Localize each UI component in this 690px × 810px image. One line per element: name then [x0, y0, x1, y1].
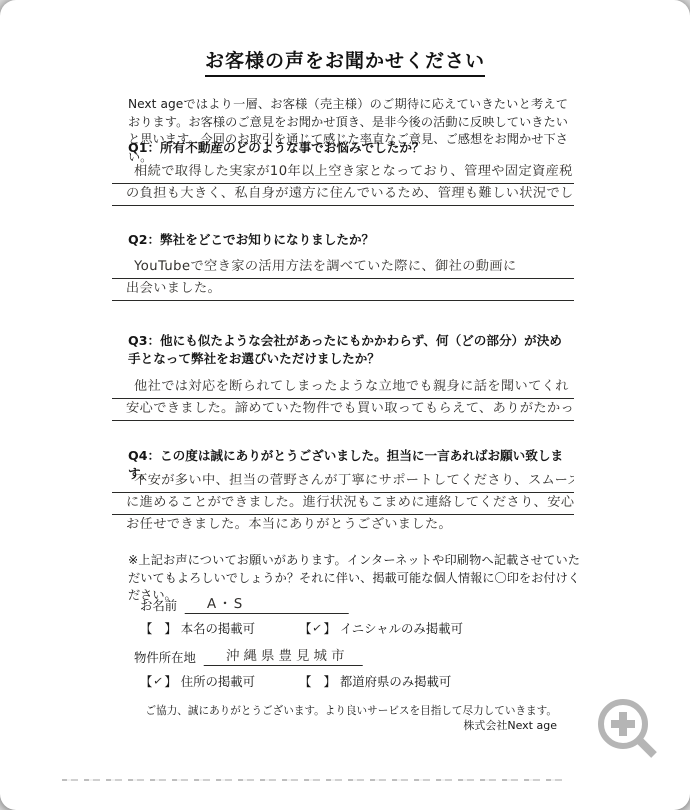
property-location-value: 沖縄県豊見城市: [204, 644, 363, 666]
consent-option-address: 【✓】 住所の掲載可: [140, 672, 255, 690]
answer-line: 相続で取得した実家が10年以上空き家となっており、管理や固定資産税: [134, 162, 573, 182]
footer: ご協力、誠にありがとうございます。より良いサービスを目指して尽力していきます。 …: [127, 704, 557, 733]
consent-row-name: 【】 本名の掲載可 【✓】 イニシャルのみ掲載可: [140, 619, 463, 637]
answer-line: に進めることができました。進行状況もこまめに連絡してくださり、安心して: [126, 493, 574, 513]
zoom-in-icon[interactable]: [594, 696, 666, 768]
bracket-open: 【: [299, 674, 311, 689]
question-1-answer: 相続で取得した実家が10年以上空き家となっており、管理や固定資産税 の負担も大き…: [112, 162, 574, 206]
document-card: お客様の声をお聞かせください Next ageではより一層、お客様（売主様）のご…: [0, 0, 690, 810]
question-3-answer: 他社では対応を断られてしまったような立地でも親身に話を聞いてくれ 安心できました…: [112, 377, 574, 421]
consent-option-prefecture: 【】 都道府県のみ掲載可: [299, 672, 451, 690]
consent-option-label: 本名の掲載可: [181, 621, 255, 636]
question-2-label: Q2：弊社をどこでお知りになりましたか？: [128, 231, 570, 249]
consent-option-initials: 【✓】 イニシャルのみ掲載可: [299, 619, 463, 637]
answer-line: YouTubeで空き家の活用方法を調べていた際に、御社の動画に: [134, 257, 517, 277]
checkmark: ✓: [152, 673, 166, 689]
answer-line: 安心できました。諦めていた物件でも買い取ってもらえて、ありがたかったです。: [126, 399, 574, 419]
bracket-close: 】: [164, 621, 176, 636]
question-3-label: Q3：他にも似たような会社があったにもかかわらず、何（どの部分）が決め手となって…: [128, 332, 570, 368]
question-4-answer: 不安が多い中、担当の菅野さんが丁寧にサポートしてくださり、スムーズ に進めること…: [112, 471, 574, 536]
footer-thanks: ご協力、誠にありがとうございます。より良いサービスを目指して尽力していきます。: [146, 705, 557, 717]
consent-option-real-name: 【】 本名の掲載可: [140, 619, 255, 637]
bracket-open: 【: [140, 621, 152, 636]
consent-option-label: 都道府県のみ掲載可: [340, 674, 452, 689]
answer-line: 不安が多い中、担当の菅野さんが丁寧にサポートしてくださり、スムーズ: [134, 471, 574, 491]
answer-line: の負担も大きく、私自身が遠方に住んでいるため、管理も難しい状況でした。: [126, 184, 574, 204]
bracket-close: 】: [323, 674, 335, 689]
answer-line: 他社では対応を断られてしまったような立地でも親身に話を聞いてくれ: [134, 377, 569, 397]
scan-artifact: [62, 779, 567, 781]
name-field-label: お名前: [140, 596, 177, 614]
answer-line: お任せできました。本当にありがとうございました。: [126, 515, 453, 535]
bracket-close: 】: [164, 674, 176, 689]
property-location-label: 物件所在地: [134, 648, 196, 666]
viewer-background: お客様の声をお聞かせください Next ageではより一層、お客様（売主様）のご…: [0, 0, 690, 810]
consent-option-label: 住所の掲載可: [181, 674, 255, 689]
consent-row-address: 【✓】 住所の掲載可 【】 都道府県のみ掲載可: [140, 672, 451, 690]
checkmark: [153, 631, 165, 633]
page-title: お客様の声をお聞かせください: [0, 46, 690, 77]
bracket-close: 】: [323, 621, 335, 636]
question-1-label: Q1：所有不動産のどのような事でお悩みでしたか？: [128, 139, 570, 157]
answer-line: 出会いました。: [126, 279, 222, 299]
property-location-field: 物件所在地 沖縄県豊見城市: [134, 644, 362, 666]
page-title-text: お客様の声をお聞かせください: [205, 46, 485, 77]
checkmark: [312, 684, 324, 686]
name-field-value: A・S: [185, 592, 350, 614]
name-field: お名前 A・S: [140, 592, 349, 614]
company-name: 株式会社Next age: [127, 719, 557, 734]
consent-option-label: イニシャルのみ掲載可: [340, 621, 463, 636]
question-2-answer: YouTubeで空き家の活用方法を調べていた際に、御社の動画に 出会いました。: [112, 257, 574, 301]
